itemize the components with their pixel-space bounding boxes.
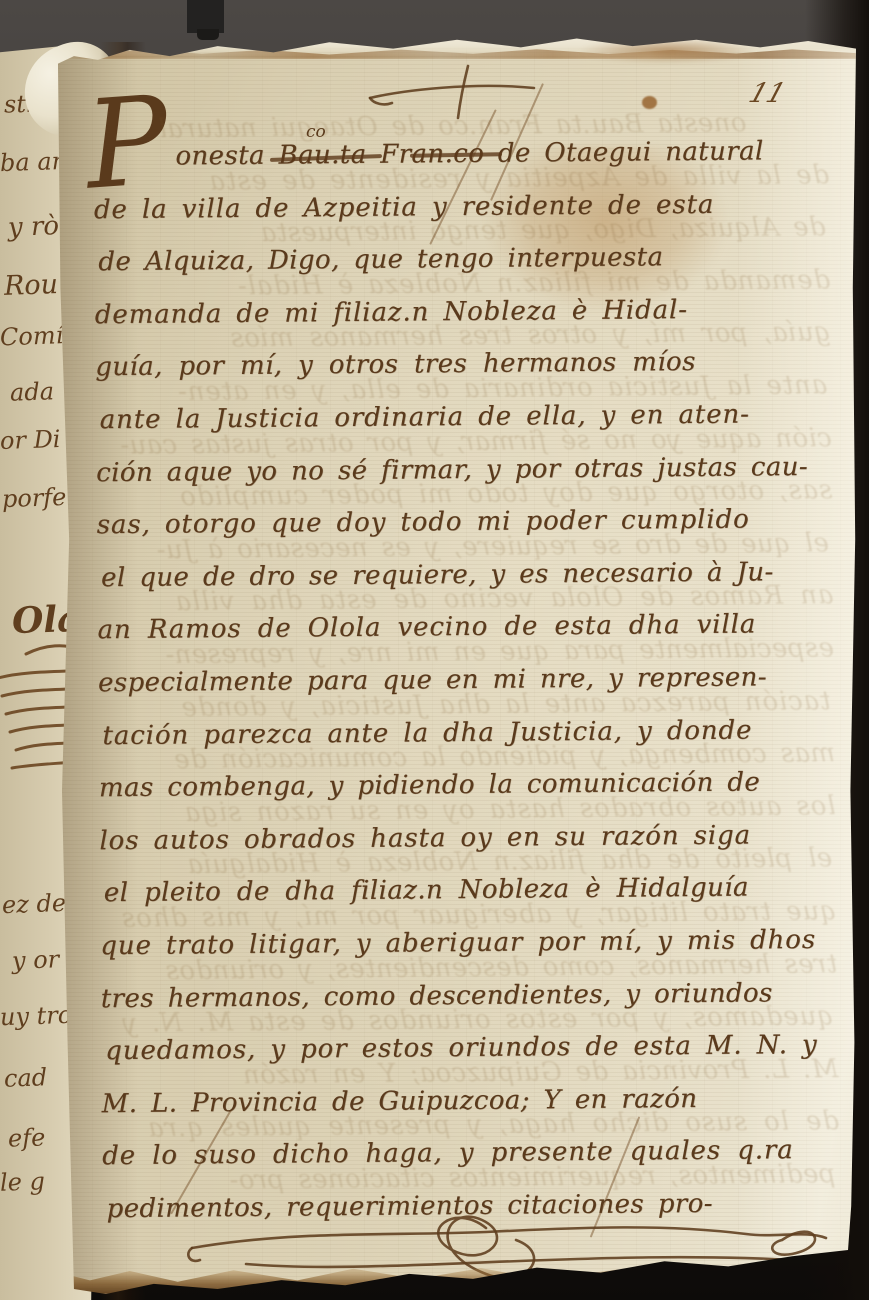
- manuscript-line: M. L. Provincia de Guipuzcoa; Y en razón: [101, 1071, 837, 1130]
- margin-text-fragment: porfe: [2, 485, 67, 511]
- margin-text-fragment: Rou: [4, 271, 59, 300]
- document-clamp: [187, 0, 224, 33]
- manuscript-line: sas, otorgo que doy todo mi poder cumpli…: [96, 493, 832, 552]
- manuscript-line: demanda de mi filiaz.n Nobleza è Hidal-: [95, 283, 831, 342]
- manuscript-line: los autos obrados hasta oy en su razón s…: [99, 809, 835, 868]
- manuscript-line: de Alquiza, Digo, que tengo interpuesta: [98, 230, 830, 289]
- margin-text-fragment: efe: [8, 1125, 46, 1150]
- manuscript-line: guía, por mí, y otros tres hermanos míos: [95, 335, 831, 394]
- margin-text-fragment: ez de: [2, 891, 67, 917]
- margin-text-fragment: le g: [0, 1169, 45, 1195]
- margin-text-fragment: ada: [10, 379, 55, 405]
- margin-text-fragment: or Di: [0, 427, 61, 453]
- margin-text-fragment: cad: [4, 1065, 48, 1090]
- manuscript-line: tres hermanos, como descendientes, y ori…: [101, 966, 837, 1025]
- manuscript-line: an Ramos de Olola vecino de esta dha vil…: [97, 598, 833, 657]
- margin-text-fragment: uy tro: [0, 1003, 73, 1030]
- manuscript-line: de lo suso dicho haga, y presente quales…: [102, 1124, 838, 1183]
- manuscript-line: especialmente para que en mi nre, y repr…: [98, 651, 834, 710]
- margin-text-fragment: ba an: [0, 149, 67, 175]
- margin-text-fragment: y rò: [8, 213, 60, 241]
- manuscript-lines: onesta Bau.ta Fran.co de Otaegui natural…: [93, 125, 839, 1236]
- manuscript-line: de la villa de Azpeitia y residente de e…: [94, 177, 830, 236]
- closing-rubric-flourish: [186, 1184, 834, 1288]
- manuscript-line: el pleito de dha filiaz.n Nobleza è Hida…: [104, 861, 836, 920]
- manuscript-line: ante la Justicia ordinaria de ella, y en…: [99, 388, 831, 447]
- manuscript-line: quedamos, y por estos oriundos de esta M…: [105, 1019, 837, 1078]
- manuscript-line: mas combenga, y pidiendo la comunicación…: [99, 756, 835, 815]
- manuscript-line: tación parezca ante la dha Justicia, y d…: [102, 703, 834, 762]
- manuscript-page: 11 P co onesta Bau.ta Fran.co de Otaegui…: [58, 36, 856, 1294]
- manuscript-photo: stif ba an y rò Rou Comía ada or Di porf…: [0, 0, 869, 1300]
- margin-text-fragment: y or: [12, 947, 60, 973]
- paper-stain: [578, 38, 758, 64]
- manuscript-line: ción aque yo no sé firmar, y por otras j…: [96, 440, 832, 499]
- manuscript-line: que trato litigar, y aberiguar por mí, y…: [100, 914, 836, 973]
- manuscript-line: el que de dro se requiere, y es necesari…: [101, 546, 833, 605]
